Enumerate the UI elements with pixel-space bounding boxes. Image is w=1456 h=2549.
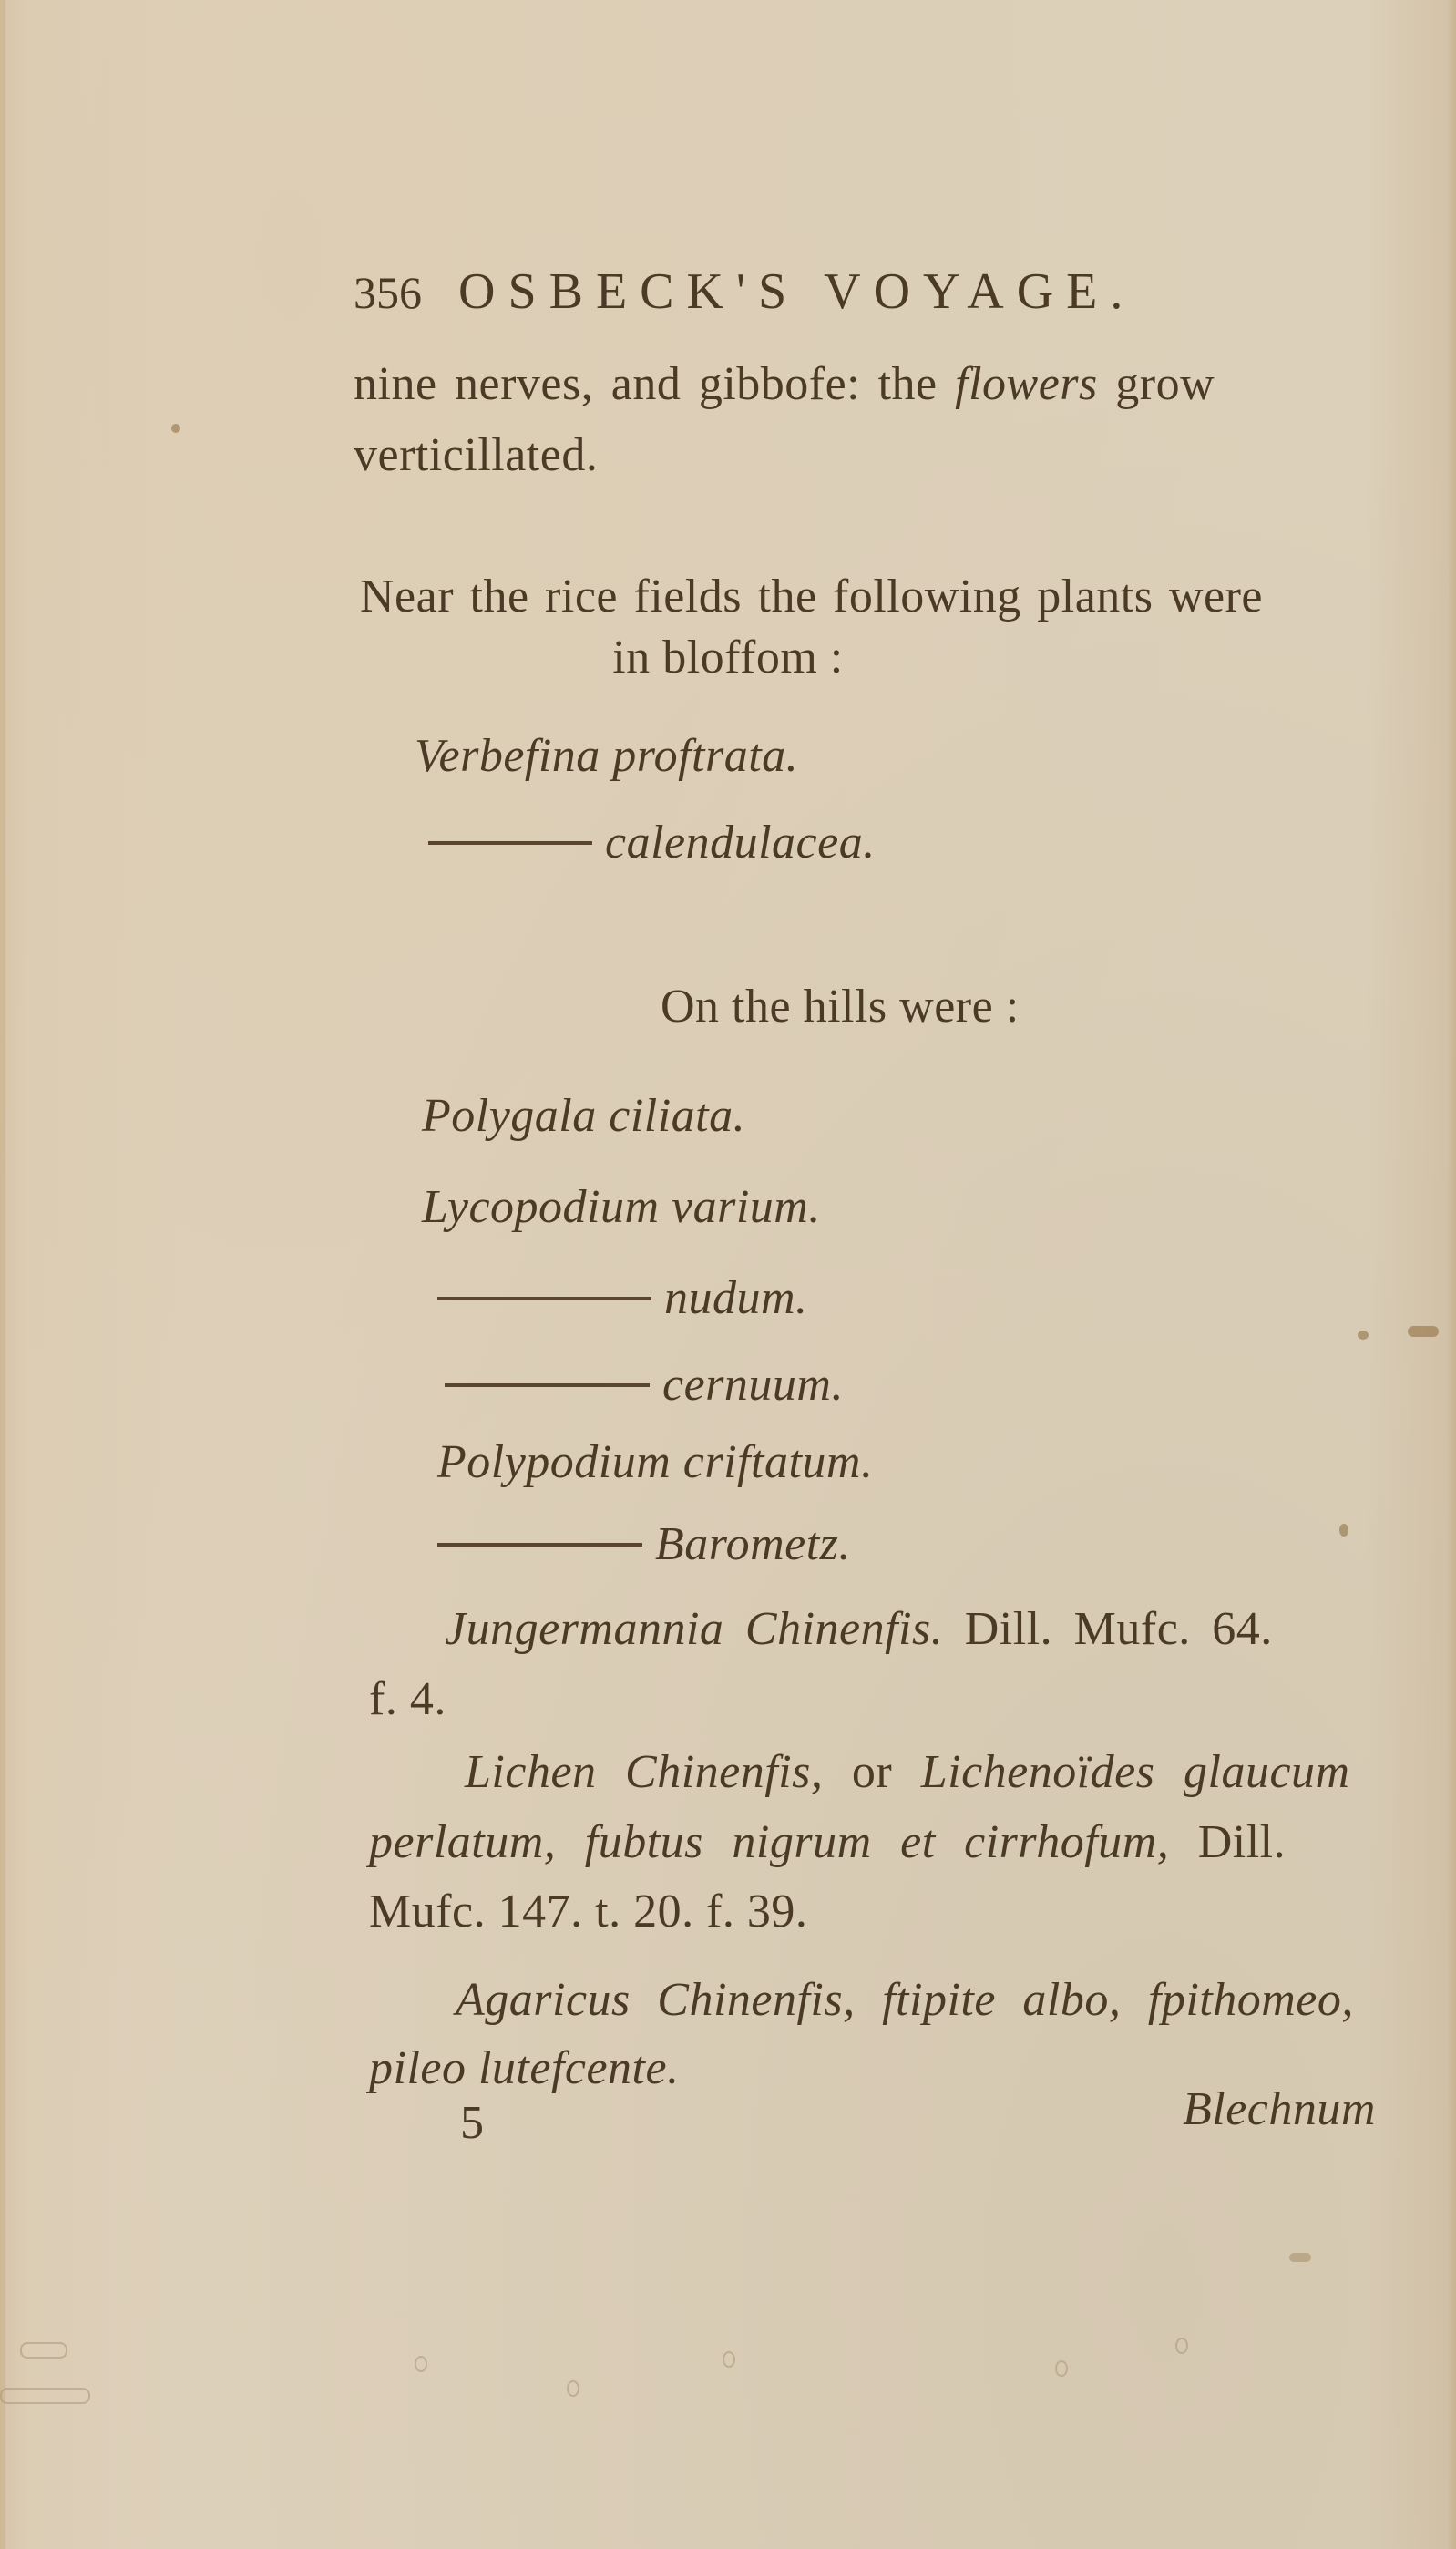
italic-text: Jungermannia Chinenfis. <box>445 1603 943 1655</box>
italic-text: perlatum, fubtus nigrum et cirrhofum, <box>369 1816 1169 1868</box>
reference-text: Dill. Mufc. 64. <box>943 1603 1273 1655</box>
plant-name: Barometz. <box>655 1518 851 1570</box>
page-number: 356 <box>354 267 422 318</box>
ditto-dash <box>428 841 592 845</box>
paragraph-line: verticillated. <box>354 428 598 482</box>
plant-entry: Verbefina proftrata. <box>415 729 798 783</box>
water-spot <box>1175 2338 1188 2354</box>
plant-entry: Polypodium criftatum. <box>437 1435 873 1489</box>
running-title: OSBECK'S VOYAGE. <box>458 263 1135 320</box>
plant-name: cernuum. <box>662 1359 844 1411</box>
italic-text: Lichen Chinenfis, <box>465 1746 823 1798</box>
plant-name: calendulacea. <box>605 817 876 869</box>
ditto-dash <box>445 1383 650 1387</box>
foxing-spot <box>1289 2253 1311 2262</box>
page-edge-left <box>0 0 5 2549</box>
plant-entry: Lycopodium varium. <box>422 1180 821 1234</box>
foxing-spot <box>1408 1326 1439 1337</box>
plant-entry: cernuum. <box>445 1358 844 1412</box>
foxing-spot <box>1339 1524 1348 1537</box>
foxing-spot <box>171 424 180 433</box>
paragraph-line: nine nerves, and gibbofe: the flowers gr… <box>354 357 1215 411</box>
page-edge-right <box>1447 0 1456 2549</box>
section-heading-hills: On the hills were : <box>661 980 1020 1033</box>
italic-text: flowers <box>955 358 1098 410</box>
entry-agaricus-cont: pileo lutefcente. <box>369 2041 680 2095</box>
text-span: nine nerves, and gibbofe: the <box>354 358 955 410</box>
water-spot <box>415 2356 427 2372</box>
italic-text: Lichenoïdes glaucum <box>921 1746 1350 1798</box>
entry-agaricus: Agaricus Chinenfis, ftipite albo, fpitho… <box>456 1973 1354 2027</box>
reference-text: Dill. <box>1169 1816 1286 1868</box>
plant-entry: nudum. <box>437 1271 808 1325</box>
catchword: Blechnum <box>1183 2082 1376 2136</box>
water-spot <box>723 2351 735 2368</box>
section-heading-rice-cont: in bloffom : <box>0 631 1456 684</box>
water-spot <box>20 2342 67 2359</box>
text-span: grow <box>1098 358 1215 410</box>
water-spot <box>0 2388 90 2404</box>
plant-name: nudum. <box>664 1272 808 1324</box>
entry-jungermannia-cont: f. 4. <box>369 1672 446 1726</box>
entry-jungermannia: Jungermannia Chinenfis. Dill. Mufc. 64. <box>445 1602 1273 1656</box>
running-header: 356OSBECK'S VOYAGE. <box>354 262 1135 321</box>
ditto-dash <box>437 1297 651 1300</box>
plant-entry: Barometz. <box>437 1517 851 1571</box>
text-span: or <box>823 1746 920 1798</box>
water-spot <box>567 2380 579 2397</box>
book-page: 356OSBECK'S VOYAGE. nine nerves, and gib… <box>0 0 1456 2549</box>
ditto-dash <box>437 1543 642 1547</box>
signature-mark: 5 <box>460 2096 485 2150</box>
entry-lichen-cont: perlatum, fubtus nigrum et cirrhofum, Di… <box>369 1815 1286 1869</box>
section-heading-rice: Near the rice fields the following plant… <box>360 570 1263 623</box>
plant-entry: calendulacea. <box>428 816 876 869</box>
plant-entry: Polygala ciliata. <box>422 1089 745 1143</box>
water-spot <box>1055 2360 1068 2377</box>
foxing-spot <box>1358 1331 1369 1340</box>
entry-lichen-ref: Mufc. 147. t. 20. f. 39. <box>369 1885 807 1938</box>
entry-lichen: Lichen Chinenfis, or Lichenoïdes glaucum <box>465 1745 1350 1799</box>
